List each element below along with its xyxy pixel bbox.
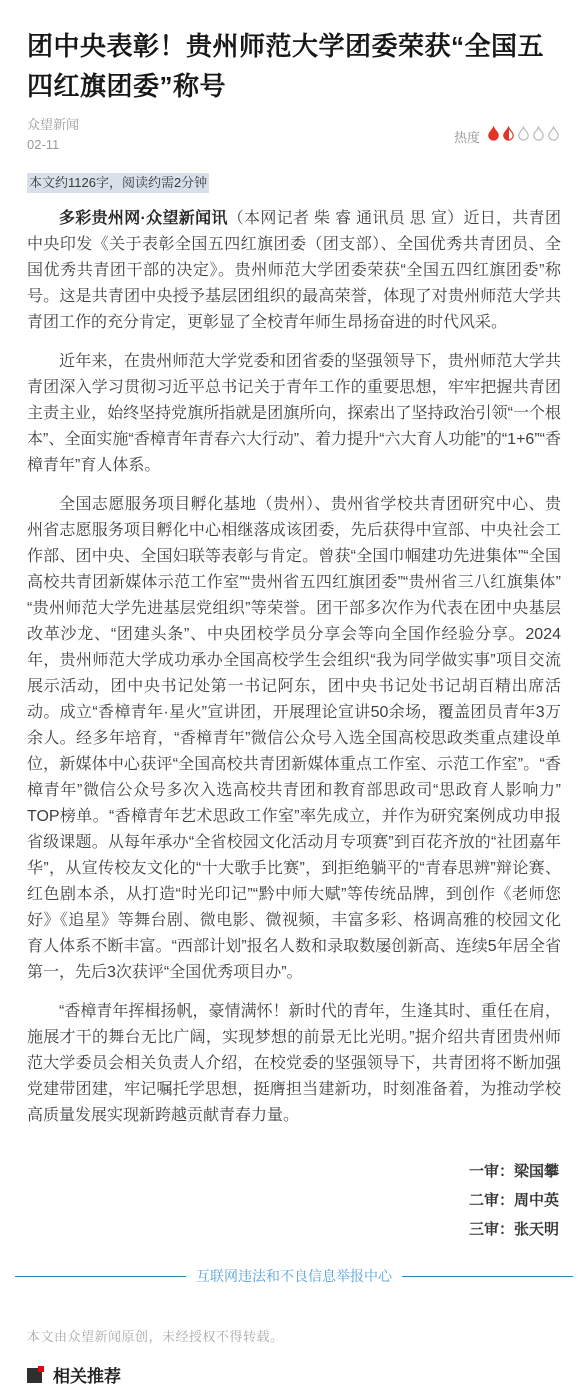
meta-row: 众望新闻 02-11 热度	[27, 116, 561, 154]
reviewer-line: 一审：梁国攀	[27, 1157, 559, 1186]
related-title: 相关推荐	[53, 1362, 121, 1387]
meta-left: 众望新闻 02-11	[27, 116, 79, 154]
paragraph-text: （本网记者 柴 睿 通讯员 思 宣）近日，共青团中央印发《关于表彰全国五四红旗团…	[27, 210, 561, 331]
heat-label: 热度	[454, 127, 480, 146]
reviewer-line: 三审：张天明	[27, 1215, 559, 1244]
paragraph: 近年来，在贵州师范大学党委和团省委的坚强领导下，贵州师范大学共青团深入学习贯彻习…	[27, 349, 561, 479]
square-badge-icon	[27, 1366, 44, 1383]
source-name[interactable]: 众望新闻	[27, 116, 79, 134]
article-title: 团中央表彰！贵州师范大学团委荣获“全国五四红旗团委”称号	[27, 26, 561, 106]
lead-source-label: 多彩贵州网·众望新闻讯	[59, 210, 228, 227]
paragraph: 全国志愿服务项目孵化基地（贵州）、贵州省学校共青团研究中心、贵州省志愿服务项目孵…	[27, 492, 561, 986]
related-section-header: 相关推荐	[27, 1362, 561, 1387]
report-divider: 互联网违法和不良信息举报中心	[15, 1266, 573, 1286]
heat-flames	[486, 126, 561, 146]
report-center-link[interactable]: 互联网违法和不良信息举报中心	[186, 1266, 402, 1286]
paragraph: “香樟青年挥楫扬帆，豪情满怀！新时代的青年，生逢其时、重任在肩，施展才干的舞台无…	[27, 999, 561, 1129]
flame-icon	[516, 126, 531, 141]
publish-date: 02-11	[27, 136, 79, 154]
article-body: 多彩贵州网·众望新闻讯（本网记者 柴 睿 通讯员 思 宣）近日，共青团中央印发《…	[27, 206, 561, 1129]
copyright-notice: 本文由众望新闻原创，未经授权不得转载。	[27, 1326, 561, 1345]
reviewer-line: 二审：周中英	[27, 1186, 559, 1215]
divider-line	[402, 1276, 573, 1277]
flame-icon	[531, 126, 546, 141]
reading-info-badge: 本文约1126字，阅读约需2分钟	[27, 173, 209, 193]
flame-icon	[546, 126, 561, 141]
reviewers-block: 一审：梁国攀 二审：周中英 三审：张天明	[27, 1157, 561, 1244]
divider-line	[15, 1276, 186, 1277]
heat-indicator: 热度	[454, 116, 561, 154]
paragraph: 多彩贵州网·众望新闻讯（本网记者 柴 睿 通讯员 思 宣）近日，共青团中央印发《…	[27, 206, 561, 336]
article-page: 团中央表彰！贵州师范大学团委荣获“全国五四红旗团委”称号 众望新闻 02-11 …	[0, 0, 588, 1397]
flame-icon	[501, 126, 516, 141]
flame-icon	[486, 126, 501, 141]
